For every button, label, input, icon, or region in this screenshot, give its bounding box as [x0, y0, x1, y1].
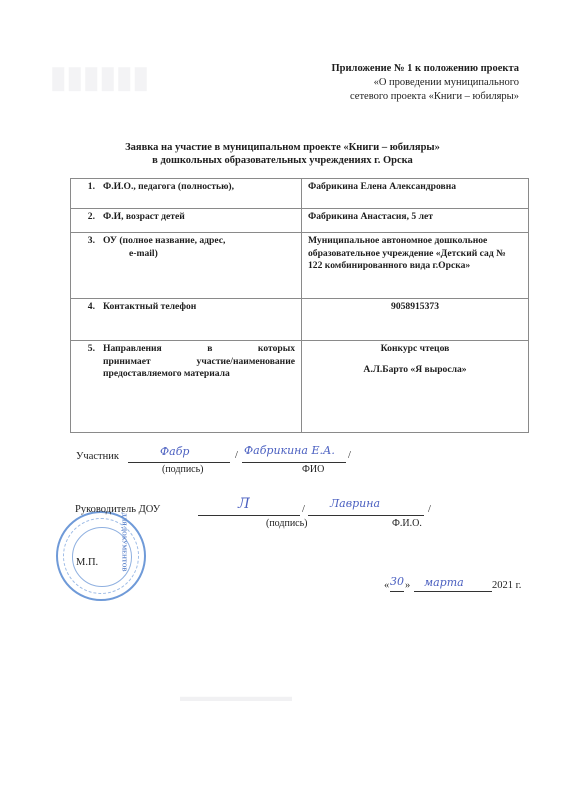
stamp-center-text: ДЛЯ ДОКУМЕНТОВ [120, 513, 126, 572]
table-row: 1.Ф.И.О., педагога (полностью), Фабрикин… [71, 179, 529, 209]
row-number: 3. [77, 235, 95, 248]
row-number: 1. [77, 181, 95, 194]
director-name-handwriting: Лаврина [330, 497, 380, 510]
participant-signature: Фабр [160, 445, 189, 458]
title-line-2: в дошкольных образовательных учреждениях… [0, 154, 565, 167]
row-value-cell: Фабрикина Елена Александровна [302, 179, 529, 209]
participant-name-line [242, 462, 346, 463]
bleed-through-mark: ▮▮▮▮▮▮ [50, 60, 149, 95]
name-caption: Ф.И.О. [392, 518, 422, 529]
row-label-cell: 3.ОУ (полное название, адрес, e-mail) [71, 233, 302, 299]
date-open-quote: « [384, 580, 389, 591]
row-label-cell: 2.Ф.И, возраст детей [71, 209, 302, 233]
table-row: 3.ОУ (полное название, адрес, e-mail) Му… [71, 233, 529, 299]
title-line-1: Заявка на участие в муниципальном проект… [0, 141, 565, 154]
row-label: Ф.И, возраст детей [103, 211, 185, 222]
appendix-line-1: Приложение № 1 к положению проекта [332, 62, 520, 76]
signature-caption: (подпись) [162, 464, 204, 475]
row-label-cell: 4.Контактный телефон [71, 299, 302, 341]
date-month: марта [424, 576, 464, 589]
row-number: 2. [77, 211, 95, 224]
row-label: Ф.И.О., педагога (полностью), [103, 181, 234, 192]
row-value-line-1: Конкурс чтецов [308, 343, 522, 356]
row-value-cell: Конкурс чтецов А.Л.Барто «Я выросла» [302, 341, 529, 433]
appendix-line-3: сетевого проекта «Книги – юбиляры» [332, 90, 520, 104]
row-label-line-2: принимает участие/наименование [103, 356, 295, 369]
signature-caption: (подпись) [266, 518, 308, 529]
row-label: Контактный телефон [103, 301, 196, 312]
row-label: ОУ (полное название, адрес, [103, 235, 225, 246]
row-number: 5. [77, 343, 95, 381]
appendix-line-2: «О проведении муниципального [332, 76, 520, 90]
participant-signature-line [128, 462, 230, 463]
row-value: Фабрикина Анастасия, 5 лет [308, 211, 433, 222]
date-year: 2021 г. [492, 580, 521, 591]
official-stamp: ДЛЯ ДОКУМЕНТОВ [56, 511, 146, 601]
date-day-line [390, 591, 404, 592]
row-label-cell: 5. Направления в которых принимает участ… [71, 341, 302, 433]
date-month-line [414, 591, 492, 592]
director-name-line [308, 515, 424, 516]
row-value-cell: 9058915373 [302, 299, 529, 341]
row-value: Фабрикина Елена Александровна [308, 181, 456, 192]
separator: / [348, 450, 351, 461]
row-number: 4. [77, 301, 95, 314]
stamp-placeholder-label: М.П. [76, 557, 98, 568]
separator: / [302, 504, 305, 515]
row-label-line-2: e-mail) [77, 248, 295, 261]
date-close-quote: » [405, 580, 410, 591]
row-label-cell: 1.Ф.И.О., педагога (полностью), [71, 179, 302, 209]
participant-name-handwriting: Фабрикина Е.А. [244, 444, 335, 457]
date-day: 30 [390, 575, 404, 588]
director-label: Руководитель ДОУ [75, 504, 160, 515]
separator: / [428, 504, 431, 515]
document-title: Заявка на участие в муниципальном проект… [0, 141, 565, 167]
row-value-cell: Муниципальное автономное дошкольное обра… [302, 233, 529, 299]
name-caption: ФИО [302, 464, 324, 475]
separator: / [235, 450, 238, 461]
table-row: 5. Направления в которых принимает участ… [71, 341, 529, 433]
director-signature-line [198, 515, 300, 516]
row-value: 9058915373 [391, 301, 439, 312]
bleed-through-mark: ▬▬▬▬▬▬▬▬ [180, 690, 292, 706]
row-label-line-3: предоставляемого материала [103, 368, 295, 381]
table-row: 2.Ф.И, возраст детей Фабрикина Анастасия… [71, 209, 529, 233]
row-label-line-1: Направления в которых [103, 343, 295, 356]
participant-label: Участник [76, 451, 119, 462]
application-form-table: 1.Ф.И.О., педагога (полностью), Фабрикин… [70, 178, 529, 433]
row-value: Муниципальное автономное дошкольное обра… [308, 235, 506, 271]
row-value-line-2: А.Л.Барто «Я выросла» [308, 364, 522, 377]
row-value-cell: Фабрикина Анастасия, 5 лет [302, 209, 529, 233]
director-signature: Л [238, 496, 250, 512]
table-row: 4.Контактный телефон 9058915373 [71, 299, 529, 341]
appendix-header: Приложение № 1 к положению проекта «О пр… [332, 62, 520, 104]
